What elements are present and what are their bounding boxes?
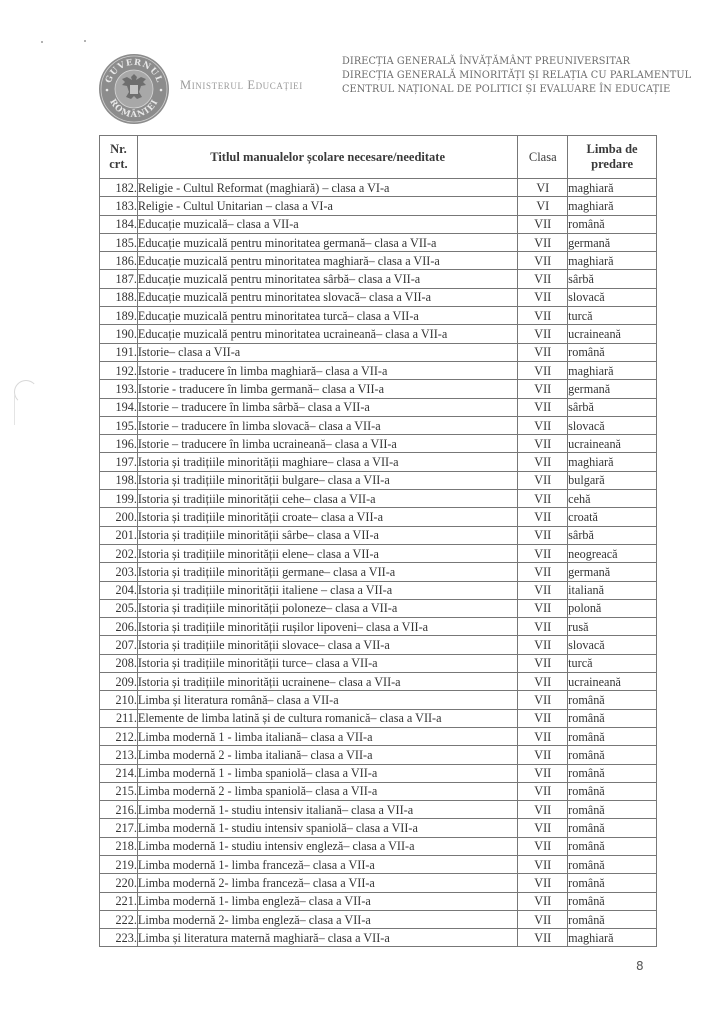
grade: VII: [518, 325, 568, 343]
teaching-language: maghiară: [568, 361, 657, 379]
table-row: 184.Educație muzicală– clasa a VII-aVIIr…: [100, 215, 657, 233]
row-number: 192.: [100, 361, 138, 379]
table-row: 211.Elemente de limba latină și de cultu…: [100, 709, 657, 727]
teaching-language: ucraineană: [568, 325, 657, 343]
table-row: 213.Limba modernă 2 - limba italiană– cl…: [100, 746, 657, 764]
row-number: 183.: [100, 197, 138, 215]
row-number: 186.: [100, 252, 138, 270]
teaching-language: slovacă: [568, 636, 657, 654]
row-number: 194.: [100, 398, 138, 416]
textbook-title: Istorie – traducere în limba sârbă– clas…: [137, 398, 517, 416]
teaching-language: română: [568, 727, 657, 745]
row-number: 191.: [100, 343, 138, 361]
table-row: 218.Limba modernă 1- studiu intensiv eng…: [100, 837, 657, 855]
textbook-title: Limba modernă 1- studiu intensiv italian…: [137, 801, 517, 819]
table-row: 205.Istoria și tradițiile minorității po…: [100, 599, 657, 617]
teaching-language: slovacă: [568, 416, 657, 434]
grade: VII: [518, 892, 568, 910]
row-number: 217.: [100, 819, 138, 837]
textbook-title: Istoria și tradițiile minorității maghia…: [137, 453, 517, 471]
table-row: 194.Istorie – traducere în limba sârbă– …: [100, 398, 657, 416]
teaching-language: română: [568, 764, 657, 782]
textbook-title: Istorie - traducere în limba germană– cl…: [137, 380, 517, 398]
row-number: 212.: [100, 727, 138, 745]
directorate-line: DIRECȚIA GENERALĂ MINORITĂȚI ȘI RELAȚIA …: [342, 68, 691, 82]
scan-speck: [84, 40, 86, 42]
table-row: 188.Educație muzicală pentru minoritatea…: [100, 288, 657, 306]
table-row: 214.Limba modernă 1 - limba spaniolă– cl…: [100, 764, 657, 782]
row-number: 193.: [100, 380, 138, 398]
grade: VII: [518, 453, 568, 471]
row-number: 187.: [100, 270, 138, 288]
teaching-language: ucraineană: [568, 435, 657, 453]
row-number: 198.: [100, 471, 138, 489]
table-row: 203.Istoria și tradițiile minorității ge…: [100, 563, 657, 581]
teaching-language: turcă: [568, 654, 657, 672]
row-number: 218.: [100, 837, 138, 855]
grade: VII: [518, 746, 568, 764]
row-number: 222.: [100, 910, 138, 928]
teaching-language: română: [568, 874, 657, 892]
grade: VII: [518, 618, 568, 636]
column-header-nr-label: Nr.crt.: [109, 142, 127, 171]
textbook-title: Istoria și tradițiile minorității german…: [137, 563, 517, 581]
textbook-title: Istoria și tradițiile minorității ucrain…: [137, 673, 517, 691]
textbook-title: Educație muzicală pentru minoritatea sâr…: [137, 270, 517, 288]
grade: VII: [518, 563, 568, 581]
grade: VII: [518, 837, 568, 855]
teaching-language: sârbă: [568, 270, 657, 288]
teaching-language: rusă: [568, 618, 657, 636]
teaching-language: română: [568, 819, 657, 837]
teaching-language: română: [568, 910, 657, 928]
grade: VII: [518, 233, 568, 251]
row-number: 208.: [100, 654, 138, 672]
teaching-language: maghiară: [568, 453, 657, 471]
textbook-title: Limba modernă 1 - limba italiană– clasa …: [137, 727, 517, 745]
table-row: 217.Limba modernă 1- studiu intensiv spa…: [100, 819, 657, 837]
column-header-nr: Nr.crt.: [100, 136, 138, 179]
row-number: 202.: [100, 544, 138, 562]
grade: VII: [518, 508, 568, 526]
grade: VII: [518, 636, 568, 654]
grade: VII: [518, 691, 568, 709]
grade: VII: [518, 801, 568, 819]
row-number: 206.: [100, 618, 138, 636]
grade: VII: [518, 270, 568, 288]
textbook-title: Educație muzicală pentru minoritatea ger…: [137, 233, 517, 251]
table-row: 182.Religie - Cultul Reformat (maghiară)…: [100, 179, 657, 197]
grade: VII: [518, 490, 568, 508]
grade: VII: [518, 654, 568, 672]
scan-artifact: [14, 395, 15, 425]
table-row: 192.Istorie - traducere în limba maghiar…: [100, 361, 657, 379]
row-number: 213.: [100, 746, 138, 764]
teaching-language: română: [568, 709, 657, 727]
teaching-language: română: [568, 215, 657, 233]
table-row: 209.Istoria și tradițiile minorității uc…: [100, 673, 657, 691]
textbook-title: Istoria și tradițiile minorității polone…: [137, 599, 517, 617]
textbook-title: Limba modernă 1- limba engleză– clasa a …: [137, 892, 517, 910]
row-number: 205.: [100, 599, 138, 617]
textbook-title: Limba și literatura română– clasa a VII-…: [137, 691, 517, 709]
table-row: 206.Istoria și tradițiile minorității ru…: [100, 618, 657, 636]
textbook-title: Istoria și tradițiile minorității elene–…: [137, 544, 517, 562]
directorate-line: DIRECȚIA GENERALĂ ÎNVĂȚĂMÂNT PREUNIVERSI…: [342, 54, 691, 68]
textbook-title: Educație muzicală pentru minoritatea tur…: [137, 307, 517, 325]
column-header-title: Titlul manualelor școlare necesare/needi…: [137, 136, 517, 179]
table-row: 187.Educație muzicală pentru minoritatea…: [100, 270, 657, 288]
row-number: 196.: [100, 435, 138, 453]
grade: VII: [518, 599, 568, 617]
teaching-language: maghiară: [568, 929, 657, 947]
row-number: 216.: [100, 801, 138, 819]
textbook-title: Limba modernă 2 - limba spaniolă– clasa …: [137, 782, 517, 800]
textbook-title: Istoria și tradițiile minorității rușilo…: [137, 618, 517, 636]
grade: VII: [518, 252, 568, 270]
grade: VI: [518, 179, 568, 197]
table-row: 199.Istoria și tradițiile minorității ce…: [100, 490, 657, 508]
directorate-line: CENTRUL NAȚIONAL DE POLITICI ȘI EVALUARE…: [342, 82, 691, 96]
textbook-title: Elemente de limba latină și de cultura r…: [137, 709, 517, 727]
table-row: 212.Limba modernă 1 - limba italiană– cl…: [100, 727, 657, 745]
row-number: 200.: [100, 508, 138, 526]
row-number: 201.: [100, 526, 138, 544]
teaching-language: slovacă: [568, 288, 657, 306]
teaching-language: germană: [568, 233, 657, 251]
row-number: 210.: [100, 691, 138, 709]
teaching-language: croată: [568, 508, 657, 526]
grade: VI: [518, 197, 568, 215]
row-number: 197.: [100, 453, 138, 471]
grade: VII: [518, 764, 568, 782]
directorates-list: DIRECȚIA GENERALĂ ÎNVĂȚĂMÂNT PREUNIVERSI…: [342, 54, 691, 96]
grade: VII: [518, 380, 568, 398]
table-row: 197.Istoria și tradițiile minorității ma…: [100, 453, 657, 471]
textbook-title: Istoria și tradițiile minorității turce–…: [137, 654, 517, 672]
grade: VII: [518, 416, 568, 434]
teaching-language: bulgară: [568, 471, 657, 489]
grade: VII: [518, 581, 568, 599]
textbook-title: Educație muzicală pentru minoritatea ucr…: [137, 325, 517, 343]
table-row: 196.Istorie – traducere în limba ucraine…: [100, 435, 657, 453]
row-number: 182.: [100, 179, 138, 197]
textbook-title: Limba modernă 1- limba franceză– clasa a…: [137, 855, 517, 873]
grade: VII: [518, 361, 568, 379]
grade: VII: [518, 910, 568, 928]
row-number: 215.: [100, 782, 138, 800]
textbook-title: Istorie – traducere în limba slovacă– cl…: [137, 416, 517, 434]
row-number: 209.: [100, 673, 138, 691]
grade: VII: [518, 819, 568, 837]
row-number: 195.: [100, 416, 138, 434]
teaching-language: română: [568, 691, 657, 709]
textbook-title: Istorie – traducere în limba ucraineană–…: [137, 435, 517, 453]
grade: VII: [518, 544, 568, 562]
textbook-title: Istoria și tradițiile minorității slovac…: [137, 636, 517, 654]
teaching-language: română: [568, 343, 657, 361]
table-row: 223.Limba și literatura maternă maghiară…: [100, 929, 657, 947]
eagle-coat-of-arms-icon: GUVERNUL ROMÂNIEI: [98, 53, 170, 125]
teaching-language: română: [568, 892, 657, 910]
row-number: 207.: [100, 636, 138, 654]
table-row: 220.Limba modernă 2- limba franceză– cla…: [100, 874, 657, 892]
row-number: 223.: [100, 929, 138, 947]
row-number: 189.: [100, 307, 138, 325]
grade: VII: [518, 673, 568, 691]
grade: VII: [518, 471, 568, 489]
table-row: 190.Educație muzicală pentru minoritatea…: [100, 325, 657, 343]
table-row: 195.Istorie – traducere în limba slovacă…: [100, 416, 657, 434]
teaching-language: maghiară: [568, 197, 657, 215]
grade: VII: [518, 709, 568, 727]
table-row: 198.Istoria și tradițiile minorității bu…: [100, 471, 657, 489]
row-number: 190.: [100, 325, 138, 343]
row-number: 204.: [100, 581, 138, 599]
teaching-language: sârbă: [568, 398, 657, 416]
ministry-name: Ministerul Educației: [180, 78, 303, 93]
teaching-language: neogreacă: [568, 544, 657, 562]
table-header-row: Nr.crt. Titlul manualelor școlare necesa…: [100, 136, 657, 179]
teaching-language: română: [568, 855, 657, 873]
row-number: 219.: [100, 855, 138, 873]
grade: VII: [518, 398, 568, 416]
textbook-title: Istoria și tradițiile minorității bulgar…: [137, 471, 517, 489]
teaching-language: turcă: [568, 307, 657, 325]
grade: VII: [518, 215, 568, 233]
table-row: 204.Istoria și tradițiile minorității it…: [100, 581, 657, 599]
row-number: 185.: [100, 233, 138, 251]
row-number: 203.: [100, 563, 138, 581]
row-number: 188.: [100, 288, 138, 306]
teaching-language: română: [568, 801, 657, 819]
teaching-language: cehă: [568, 490, 657, 508]
grade: VII: [518, 782, 568, 800]
row-number: 184.: [100, 215, 138, 233]
row-number: 220.: [100, 874, 138, 892]
grade: VII: [518, 727, 568, 745]
textbook-title: Limba modernă 2- limba franceză– clasa a…: [137, 874, 517, 892]
table-row: 208.Istoria și tradițiile minorității tu…: [100, 654, 657, 672]
grade: VII: [518, 343, 568, 361]
grade: VII: [518, 435, 568, 453]
teaching-language: germană: [568, 563, 657, 581]
grade: VII: [518, 929, 568, 947]
row-number: 211.: [100, 709, 138, 727]
table-row: 201.Istoria și tradițiile minorității sâ…: [100, 526, 657, 544]
teaching-language: germană: [568, 380, 657, 398]
table-row: 207.Istoria și tradițiile minorității sl…: [100, 636, 657, 654]
textbook-title: Istoria și tradițiile minorității croate…: [137, 508, 517, 526]
grade: VII: [518, 307, 568, 325]
table-row: 202.Istoria și tradițiile minorității el…: [100, 544, 657, 562]
teaching-language: română: [568, 837, 657, 855]
textbook-title: Istorie - traducere în limba maghiară– c…: [137, 361, 517, 379]
row-number: 221.: [100, 892, 138, 910]
table-row: 215.Limba modernă 2 - limba spaniolă– cl…: [100, 782, 657, 800]
table-row: 210.Limba și literatura română– clasa a …: [100, 691, 657, 709]
textbook-title: Istoria și tradițiile minorității sârbe–…: [137, 526, 517, 544]
table-row: 186.Educație muzicală pentru minoritatea…: [100, 252, 657, 270]
teaching-language: sârbă: [568, 526, 657, 544]
teaching-language: maghiară: [568, 179, 657, 197]
textbook-title: Limba modernă 1 - limba spaniolă– clasa …: [137, 764, 517, 782]
textbook-title: Limba modernă 2 - limba italiană– clasa …: [137, 746, 517, 764]
scan-artifact: [14, 380, 38, 404]
textbook-title: Istoria și tradițiile minorității italie…: [137, 581, 517, 599]
table-row: 185.Educație muzicală pentru minoritatea…: [100, 233, 657, 251]
teaching-language: română: [568, 746, 657, 764]
textbooks-table: Nr.crt. Titlul manualelor școlare necesa…: [99, 135, 657, 947]
textbook-title: Educație muzicală– clasa a VII-a: [137, 215, 517, 233]
textbook-title: Limba și literatura maternă maghiară– cl…: [137, 929, 517, 947]
table-row: 216.Limba modernă 1- studiu intensiv ita…: [100, 801, 657, 819]
column-header-clasa: Clasa: [518, 136, 568, 179]
row-number: 199.: [100, 490, 138, 508]
textbook-title: Educație muzicală pentru minoritatea mag…: [137, 252, 517, 270]
grade: VII: [518, 526, 568, 544]
row-number: 214.: [100, 764, 138, 782]
grade: VII: [518, 874, 568, 892]
textbook-title: Limba modernă 1- studiu intensiv spaniol…: [137, 819, 517, 837]
table-row: 200.Istoria și tradițiile minorității cr…: [100, 508, 657, 526]
grade: VII: [518, 855, 568, 873]
grade: VII: [518, 288, 568, 306]
table-row: 189.Educație muzicală pentru minoritatea…: [100, 307, 657, 325]
textbook-title: Religie - Cultul Reformat (maghiară) – c…: [137, 179, 517, 197]
teaching-language: maghiară: [568, 252, 657, 270]
textbook-title: Religie - Cultul Unitarian – clasa a VI-…: [137, 197, 517, 215]
table-row: 183.Religie - Cultul Unitarian – clasa a…: [100, 197, 657, 215]
textbook-title: Educație muzicală pentru minoritatea slo…: [137, 288, 517, 306]
teaching-language: polonă: [568, 599, 657, 617]
teaching-language: română: [568, 782, 657, 800]
column-header-limba: Limba de predare: [568, 136, 657, 179]
page-number: 8: [636, 959, 644, 973]
table-row: 191.Istorie– clasa a VII-aVIIromână: [100, 343, 657, 361]
table-row: 193.Istorie - traducere în limba germană…: [100, 380, 657, 398]
textbook-title: Limba modernă 2- limba engleză– clasa a …: [137, 910, 517, 928]
table-row: 221.Limba modernă 1- limba engleză– clas…: [100, 892, 657, 910]
textbook-title: Limba modernă 1- studiu intensiv engleză…: [137, 837, 517, 855]
teaching-language: italiană: [568, 581, 657, 599]
table-row: 222.Limba modernă 2- limba engleză– clas…: [100, 910, 657, 928]
table-row: 219.Limba modernă 1- limba franceză– cla…: [100, 855, 657, 873]
textbook-title: Istorie– clasa a VII-a: [137, 343, 517, 361]
textbook-title: Istoria și tradițiile minorității cehe– …: [137, 490, 517, 508]
government-seal-logo: GUVERNUL ROMÂNIEI: [98, 53, 170, 125]
teaching-language: ucraineană: [568, 673, 657, 691]
scan-speck: [41, 41, 43, 43]
